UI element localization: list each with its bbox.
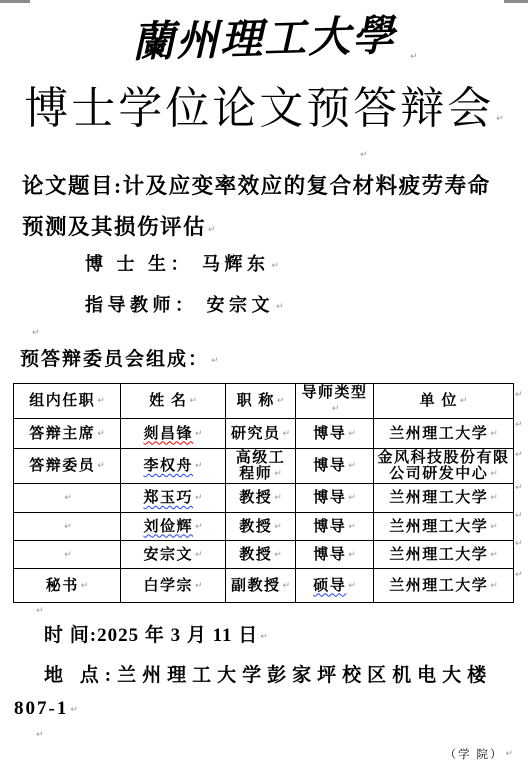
cell-end-mark: ↵ <box>348 522 356 532</box>
cell-end-mark: ↵ <box>274 550 282 560</box>
cell-end-mark: ↵ <box>348 493 356 503</box>
member-title: 教授 <box>239 547 272 563</box>
row-end-mark: ↵ <box>515 390 523 400</box>
cell-end-mark: ↵ <box>97 396 105 406</box>
table-row: 秘书↵ 白学宗↵ 副教授↵ 硕导↵ 兰州理工大学↵ <box>14 569 514 603</box>
member-title: 教授 <box>239 519 272 535</box>
member-role: 答辩主席 <box>29 426 95 442</box>
table-row: 答辩委员↵ 李权舟↵ 高级工程师↵ 博导↵ 金风科技股份有限公司研发中心↵ <box>14 449 514 484</box>
cell-end-mark: ↵ <box>282 429 290 439</box>
member-unit: 兰州理工大学 <box>389 426 488 442</box>
table-row: 答辩主席↵ 剡昌锋↵ 研究员↵ 博导↵ 兰州理工大学↵ <box>14 419 514 449</box>
member-supervisor-type: 博导 <box>313 426 346 442</box>
university-name: 蘭州理工大學 <box>132 14 397 67</box>
time-line: 时 间:2025 年 3 月 11 日↵ <box>44 620 268 647</box>
cell-end-mark: ↵ <box>490 522 498 532</box>
table-row: ↵ 郑玉巧↵ 教授↵ 博导↵ 兰州理工大学↵ <box>14 484 514 513</box>
cell-end-mark: ↵ <box>490 550 498 560</box>
cell-end-mark: ↵ <box>348 550 356 560</box>
member-name: 安宗文 <box>143 547 193 563</box>
member-supervisor-type: 博导 <box>313 490 346 506</box>
table-row: ↵ 安宗文↵ 教授↵ 博导↵ 兰州理工大学↵ <box>14 541 514 569</box>
cell-end-mark: ↵ <box>490 581 498 591</box>
paragraph-mark: ↵ <box>211 356 219 366</box>
cell-end-mark: ↵ <box>460 396 468 406</box>
cell-end-mark: ↵ <box>81 581 89 591</box>
member-title: 副教授 <box>231 578 281 594</box>
member-name: 刘俭辉 <box>143 519 193 535</box>
thesis-title-line: 论文题目:计及应变率效应的复合材料疲劳寿命预测及其损伤评估↵ <box>22 166 508 251</box>
member-name: 李权舟 <box>143 458 193 474</box>
cell-end-mark: ↵ <box>195 522 203 532</box>
header-role: 组内任职↵ <box>14 384 121 419</box>
paragraph-mark: ↵ <box>276 302 284 312</box>
cell-end-mark: ↵ <box>274 493 282 503</box>
paragraph-mark: ↵ <box>70 705 78 715</box>
college-signature: （学 院）↵ <box>445 746 513 762</box>
cell-end-mark: ↵ <box>277 396 285 406</box>
member-supervisor-type: 博导 <box>313 519 346 535</box>
table-row: ↵ 刘俭辉↵ 教授↵ 博导↵ 兰州理工大学↵ <box>14 513 514 541</box>
supervisor-line: 指导教师： 安宗文↵ <box>85 291 284 317</box>
cell-end-mark: ↵ <box>274 469 282 479</box>
paragraph-mark: ↵ <box>36 606 44 616</box>
committee-heading: 预答辩委员会组成：↵ <box>20 344 219 371</box>
member-unit: 兰州理工大学 <box>389 547 488 563</box>
cell-end-mark: ↵ <box>490 469 498 479</box>
member-name: 剡昌锋 <box>143 426 193 442</box>
member-supervisor-type: 博导 <box>313 458 346 474</box>
paragraph-mark: ↵ <box>410 52 418 62</box>
row-end-mark: ↵ <box>515 539 523 549</box>
member-title: 教授 <box>239 490 272 506</box>
member-supervisor-type: 硕导 <box>313 578 346 594</box>
cell-end-mark: ↵ <box>348 581 356 591</box>
cell-end-mark: ↵ <box>195 461 203 471</box>
cell-end-mark: ↵ <box>97 429 105 439</box>
paragraph-mark: ↵ <box>260 632 268 642</box>
cell-end-mark: ↵ <box>348 429 356 439</box>
document-page: 蘭州理工大學 ↵ 博士学位论文预答辩会↵ ↵ 论文题目:计及应变率效应的复合材料… <box>0 0 528 774</box>
table-header-row: 组内任职↵ 姓 名↵ 职 称↵ 导师类型↵ 单 位↵ <box>14 384 514 419</box>
paragraph-mark: ↵ <box>32 328 40 338</box>
university-calligraphy-logo: 蘭州理工大學 <box>0 0 528 73</box>
member-unit: 兰州理工大学 <box>389 519 488 535</box>
header-title: 职 称↵ <box>226 384 296 419</box>
cell-end-mark: ↵ <box>195 493 203 503</box>
paragraph-mark: ↵ <box>208 225 216 235</box>
member-unit: 兰州理工大学 <box>389 490 488 506</box>
paragraph-mark: ↵ <box>360 150 368 160</box>
cell-end-mark: ↵ <box>189 396 197 406</box>
member-name: 郑玉巧 <box>143 490 193 506</box>
page-title: 博士学位论文预答辩会↵ <box>0 72 528 136</box>
row-end-mark: ↵ <box>515 420 523 430</box>
member-role: 答辩委员 <box>29 458 95 474</box>
header-name: 姓 名↵ <box>121 384 226 419</box>
header-unit: 单 位↵ <box>374 384 514 419</box>
member-role: 秘书 <box>46 578 79 594</box>
cell-end-mark: ↵ <box>195 550 203 560</box>
row-end-mark: ↵ <box>515 511 523 521</box>
cell-end-mark: ↵ <box>64 522 72 532</box>
cell-end-mark: ↵ <box>195 429 203 439</box>
cell-end-mark: ↵ <box>332 404 340 414</box>
cell-end-mark: ↵ <box>490 429 498 439</box>
cell-end-mark: ↵ <box>195 581 203 591</box>
member-unit: 兰州理工大学 <box>389 578 488 594</box>
cell-end-mark: ↵ <box>64 550 72 560</box>
paragraph-mark: ↵ <box>36 730 44 740</box>
row-end-mark: ↵ <box>515 483 523 493</box>
row-end-mark: ↵ <box>515 570 523 580</box>
member-name: 白学宗 <box>143 578 193 594</box>
cell-end-mark: ↵ <box>490 493 498 503</box>
paragraph-mark: ↵ <box>496 114 504 124</box>
member-title: 研究员 <box>231 426 281 442</box>
cell-end-mark: ↵ <box>97 461 105 471</box>
room-number-line: 807-1↵ <box>14 698 78 720</box>
committee-table: 组内任职↵ 姓 名↵ 职 称↵ 导师类型↵ 单 位↵ 答辩主席↵ 剡昌锋↵ 研究… <box>13 383 514 603</box>
paragraph-mark: ↵ <box>505 749 513 759</box>
cell-end-mark: ↵ <box>64 493 72 503</box>
doctoral-student-line: 博 士 生： 马辉东↵ <box>85 250 279 276</box>
location-line: 地 点:兰州理工大学彭家坪校区机电大楼 <box>44 660 492 687</box>
page-corner-mark-left <box>0 0 30 3</box>
cell-end-mark: ↵ <box>348 461 356 471</box>
row-end-mark: ↵ <box>515 450 523 460</box>
paragraph-mark: ↵ <box>272 261 280 271</box>
header-supervisor-type: 导师类型↵ <box>296 384 374 419</box>
cell-end-mark: ↵ <box>282 581 290 591</box>
cell-end-mark: ↵ <box>274 522 282 532</box>
member-supervisor-type: 博导 <box>313 547 346 563</box>
